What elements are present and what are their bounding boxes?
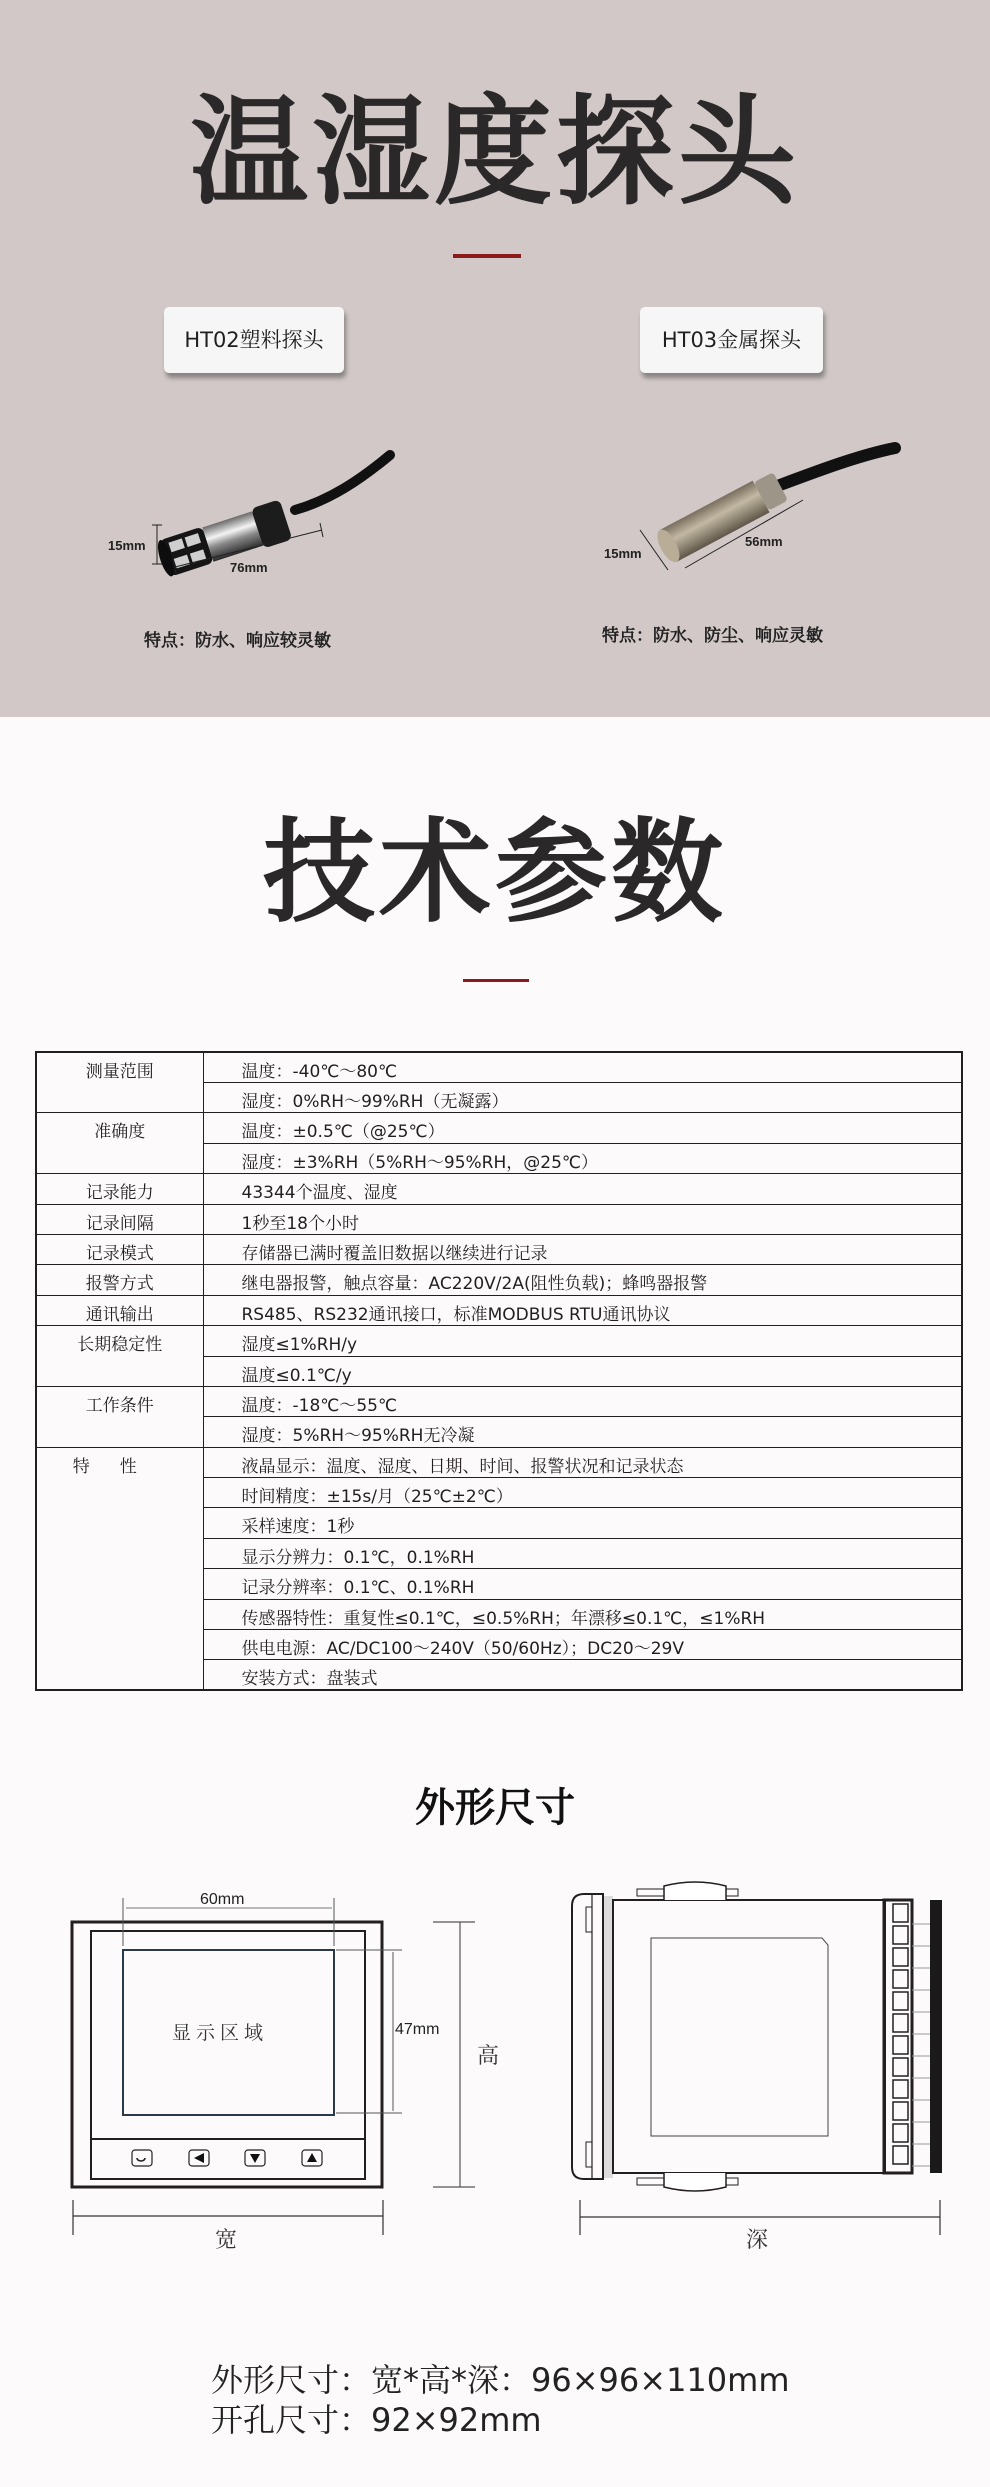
spec-row: 测量范围温度：-40℃～80℃: [36, 1052, 962, 1083]
spec-row: 长期稳定性湿度≤1%RH/y: [36, 1326, 962, 1356]
dimensions-section-title: 外形尺寸: [0, 1776, 990, 1833]
spec-row: 报警方式继电器报警，触点容量：AC220V/2A(阻性负载)；蜂鸣器报警: [36, 1265, 962, 1295]
spec-row: 通讯输出RS485、RS232通讯接口，标准MODBUS RTU通讯协议: [36, 1295, 962, 1325]
spec-label: 测量范围: [36, 1052, 203, 1113]
width-label: 宽: [215, 2228, 237, 2250]
ht02-diameter-label: 15mm: [108, 538, 146, 553]
side-view-diagram: 深: [550, 1870, 970, 2250]
spec-value: 温度：-18℃～55℃: [203, 1386, 962, 1416]
cutout-size-text: 开孔尺寸：92×92mm: [211, 2400, 542, 2440]
spec-row: 准确度温度：±0.5℃（@25℃）: [36, 1113, 962, 1143]
ht03-length-label: 56mm: [745, 534, 783, 549]
spec-table: 测量范围温度：-40℃～80℃湿度：0%RH～99%RH（无凝露）准确度温度：±…: [35, 1051, 963, 1691]
spec-row: 记录间隔1秒至18个小时: [36, 1204, 962, 1234]
spec-label: 通讯输出: [36, 1295, 203, 1325]
spec-label: 特性: [36, 1447, 203, 1690]
probe-label-ht03: HT03金属探头: [640, 307, 823, 373]
spec-value: 时间精度：±15s/月（25℃±2℃）: [203, 1478, 962, 1508]
spec-label: 记录能力: [36, 1174, 203, 1204]
spec-value: 湿度：5%RH～95%RH无冷凝: [203, 1417, 962, 1447]
display-height-label: 47mm: [395, 2021, 439, 2038]
spec-row: 记录模式存储器已满时覆盖旧数据以继续进行记录: [36, 1234, 962, 1264]
spec-value: 供电电源：AC/DC100～240V（50/60Hz）；DC20～29V: [203, 1630, 962, 1660]
spec-value: 显示分辨力：0.1℃，0.1%RH: [203, 1538, 962, 1568]
probe-section-title: 温湿度探头: [0, 92, 990, 212]
down-arrow-icon: [245, 2150, 265, 2166]
spec-value: 继电器报警，触点容量：AC220V/2A(阻性负载)；蜂鸣器报警: [203, 1265, 962, 1295]
spec-value: 温度：-40℃～80℃: [203, 1052, 962, 1083]
spec-value: 1秒至18个小时: [203, 1204, 962, 1234]
probe-label-ht02: HT02塑料探头: [164, 307, 344, 373]
front-view-diagram: 60mm 47mm 高 宽 显示区域: [40, 1870, 500, 2250]
spec-value: 湿度：0%RH～99%RH（无凝露）: [203, 1083, 962, 1113]
depth-label: 深: [746, 2228, 768, 2250]
spec-value: 安装方式：盘装式: [203, 1660, 962, 1691]
ht02-probe-image: 15mm 76mm: [90, 440, 420, 580]
spec-value: 温度：±0.5℃（@25℃）: [203, 1113, 962, 1143]
spec-row: 记录能力43344个温度、湿度: [36, 1174, 962, 1204]
title-divider: [453, 254, 521, 258]
up-arrow-icon: [302, 2150, 322, 2166]
height-label: 高: [477, 2044, 499, 2069]
spec-row: 工作条件温度：-18℃～55℃: [36, 1386, 962, 1416]
spec-row: 特性液晶显示：温度、湿度、日期、时间、报警状况和记录状态: [36, 1447, 962, 1477]
spec-value: 传感器特性：重复性≤0.1℃，≤0.5%RH；年漂移≤0.1℃，≤1%RH: [203, 1599, 962, 1629]
ht02-features: 特点：防水、响应较灵敏: [144, 626, 331, 651]
spec-value: 湿度≤1%RH/y: [203, 1326, 962, 1356]
spec-value: 记录分辨率：0.1℃、0.1%RH: [203, 1569, 962, 1599]
spec-value: 采样速度：1秒: [203, 1508, 962, 1538]
specs-divider: [463, 979, 529, 982]
spec-label: 记录间隔: [36, 1204, 203, 1234]
spec-value: 温度≤0.1℃/y: [203, 1356, 962, 1386]
display-width-label: 60mm: [200, 1891, 244, 1908]
display-area-label: 显示区域: [172, 2022, 268, 2044]
ht03-probe-image: 15mm 56mm: [590, 440, 920, 580]
specs-section-title: 技术参数: [0, 816, 990, 930]
probe-section: 温湿度探头 HT02塑料探头 HT03金属探头: [0, 0, 990, 717]
spec-label: 工作条件: [36, 1386, 203, 1447]
spec-value: RS485、RS232通讯接口，标准MODBUS RTU通讯协议: [203, 1295, 962, 1325]
spec-value: 43344个温度、湿度: [203, 1174, 962, 1204]
outer-size-text: 外形尺寸：宽*高*深：96×96×110mm: [211, 2360, 790, 2400]
spec-value: 液晶显示：温度、湿度、日期、时间、报警状况和记录状态: [203, 1447, 962, 1477]
spec-label: 准确度: [36, 1113, 203, 1174]
left-arrow-icon: [189, 2150, 209, 2166]
spec-label: 报警方式: [36, 1265, 203, 1295]
spec-value: 存储器已满时覆盖旧数据以继续进行记录: [203, 1234, 962, 1264]
return-icon: [132, 2150, 152, 2166]
spec-label: 长期稳定性: [36, 1326, 203, 1387]
spec-label: 记录模式: [36, 1234, 203, 1264]
ht02-length-label: 76mm: [230, 560, 268, 575]
ht03-features: 特点：防水、防尘、响应灵敏: [602, 621, 823, 646]
ht03-diameter-label: 15mm: [604, 546, 642, 561]
spec-value: 湿度：±3%RH（5%RH～95%RH，@25℃）: [203, 1143, 962, 1173]
